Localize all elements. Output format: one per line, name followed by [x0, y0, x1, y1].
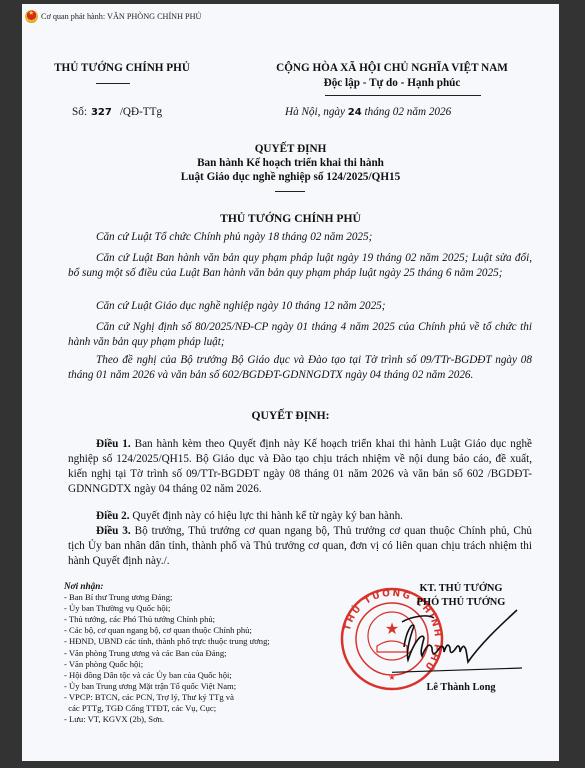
- recipient-item: các PTTg, TGĐ Cổng TTĐT, các Vụ, Cục;: [64, 703, 270, 714]
- signature-title-1: KT. THỦ TƯỚNG: [386, 583, 536, 594]
- recipient-item: - Thủ tướng, các Phó Thủ tướng Chính phủ…: [64, 614, 270, 625]
- national-emblem-icon: [25, 10, 38, 23]
- preamble-5: Theo đề nghị của Bộ trưởng Bộ Giáo dục v…: [68, 353, 532, 383]
- recipient-item: - Văn phòng Quốc hội;: [64, 659, 270, 670]
- recipient-item: - Ban Bí thư Trung ương Đảng;: [64, 592, 270, 603]
- recipients-heading: Nơi nhận:: [64, 581, 270, 592]
- title-line-1: Ban hành Kế hoạch triển khai thi hành: [22, 157, 559, 169]
- recipients-list: - Ban Bí thư Trung ương Đảng;- Ủy ban Th…: [64, 592, 270, 725]
- title-line-2: Luật Giáo dục nghề nghiệp số 124/2025/QH…: [22, 171, 559, 183]
- signer-name: Lê Thành Long: [386, 682, 536, 693]
- agency-underline: [96, 83, 130, 84]
- document-page: Cơ quan phát hành: VĂN PHÒNG CHÍNH PHỦ T…: [22, 4, 559, 761]
- preamble-3: Căn cứ Luật Giáo dục nghề nghiệp ngày 10…: [68, 299, 532, 314]
- recipient-item: - Hội đồng Dân tộc và các Ủy ban của Quố…: [64, 670, 270, 681]
- recipient-item: - Các bộ, cơ quan ngang bộ, cơ quan thuộ…: [64, 625, 270, 636]
- number-value: 327: [91, 107, 112, 118]
- article-3: Điều 3. Bộ trưởng, Thủ trưởng cơ quan ng…: [68, 524, 532, 569]
- document-type: QUYẾT ĐỊNH: [22, 143, 559, 155]
- recipients-block: Nơi nhận: - Ban Bí thư Trung ương Đảng;-…: [64, 581, 270, 725]
- article-1: Điều 1. Ban hành kèm theo Quyết định này…: [68, 437, 532, 497]
- recipient-item: - Văn phòng Trung ương và các Ban của Đả…: [64, 648, 270, 659]
- article-2: Điều 2. Quyết định này có hiệu lực thi h…: [68, 509, 532, 524]
- recipient-item: - Lưu: VT, KGVX (2b), Sơn.: [64, 714, 270, 725]
- title-underline: [275, 191, 305, 192]
- number-suffix: /QĐ-TTg: [120, 106, 162, 118]
- issuer-text: Cơ quan phát hành: VĂN PHÒNG CHÍNH PHỦ: [41, 12, 201, 21]
- date-prefix: Hà Nội, ngày: [285, 106, 345, 118]
- recipient-item: - HĐND, UBND các tỉnh, thành phố trực th…: [64, 636, 270, 647]
- national-motto: Độc lập - Tự do - Hạnh phúc: [242, 77, 542, 89]
- decision-heading: QUYẾT ĐỊNH:: [22, 409, 559, 422]
- preamble-1: Căn cứ Luật Tổ chức Chính phủ ngày 18 th…: [68, 230, 532, 245]
- document-date: Hà Nội, ngày 24 tháng 02 năm 2026: [285, 106, 451, 118]
- date-day: 24: [348, 107, 362, 118]
- number-label: Số:: [72, 106, 87, 118]
- recipient-item: - Ủy ban Thường vụ Quốc hội;: [64, 603, 270, 614]
- agency-name: THỦ TƯỚNG CHÍNH PHỦ: [52, 62, 192, 74]
- authority-heading: THỦ TƯỚNG CHÍNH PHỦ: [22, 212, 559, 225]
- handwritten-signature-icon: [392, 602, 542, 677]
- recipient-item: - Ủy ban Trung ương Mặt trận Tổ quốc Việ…: [64, 681, 270, 692]
- document-number: Số:327/QĐ-TTg: [72, 106, 162, 118]
- recipient-item: - VPCP: BTCN, các PCN, Trợ lý, Thư ký TT…: [64, 692, 270, 703]
- issuer-bar: Cơ quan phát hành: VĂN PHÒNG CHÍNH PHỦ: [25, 10, 201, 23]
- preamble-4: Căn cứ Nghị định số 80/2025/NĐ-CP ngày 0…: [68, 320, 532, 350]
- date-suffix: tháng 02 năm 2026: [365, 106, 452, 118]
- preamble-2: Căn cứ Luật Ban hành văn bản quy phạm ph…: [68, 251, 532, 281]
- country-name: CỘNG HÒA XÃ HỘI CHỦ NGHĨA VIỆT NAM: [242, 62, 542, 74]
- motto-underline: [325, 95, 481, 96]
